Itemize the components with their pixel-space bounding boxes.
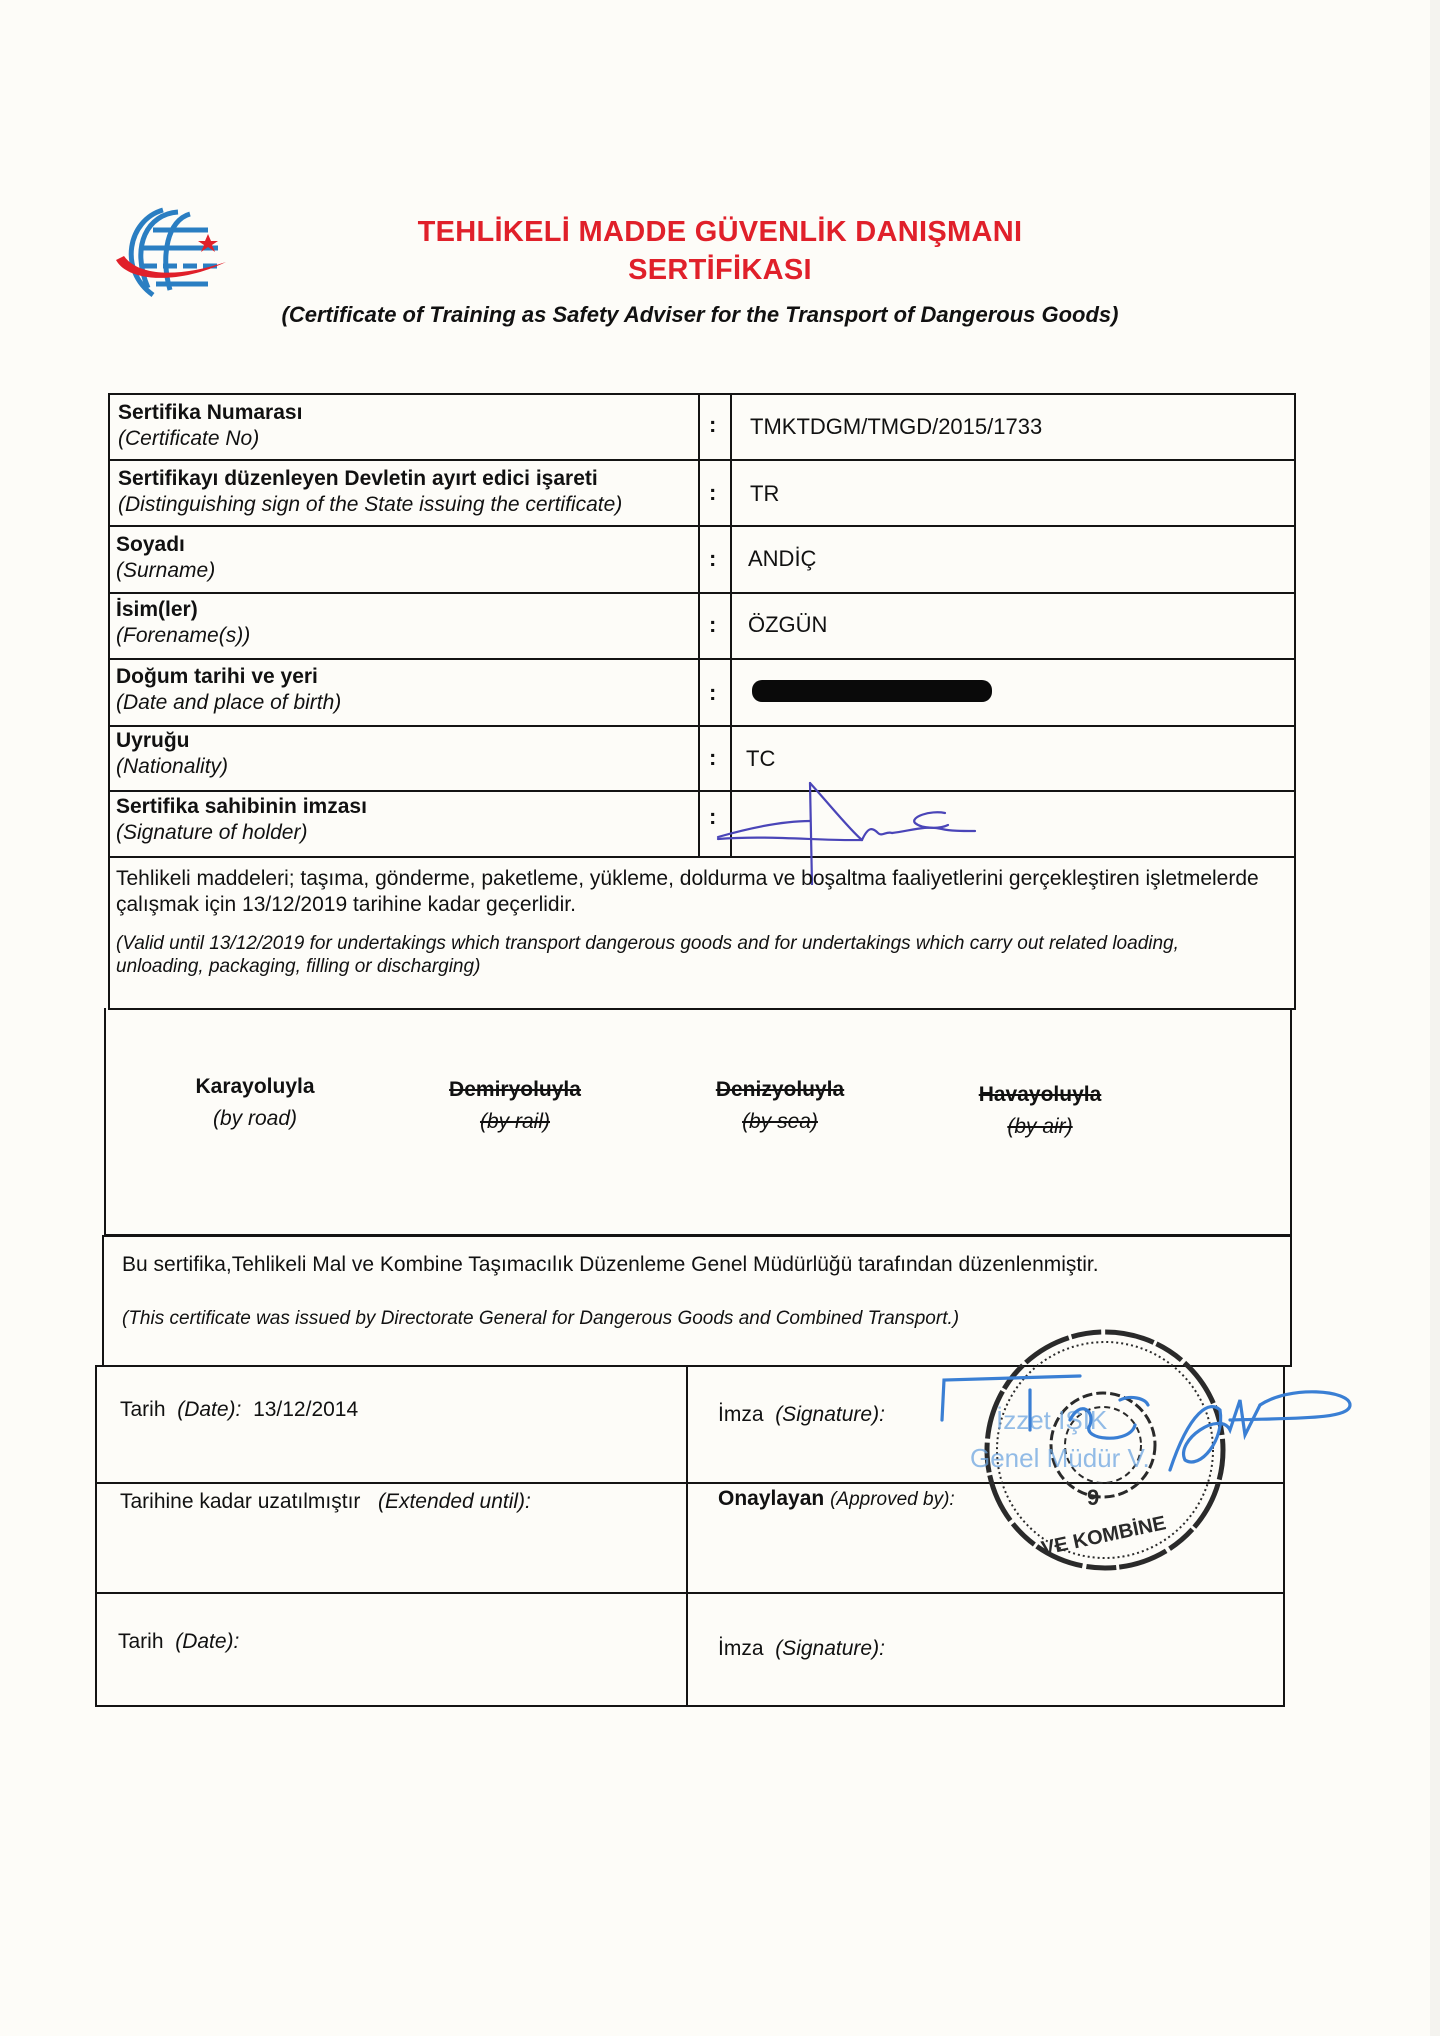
row-divider — [108, 459, 1296, 461]
field-nationality-label: Uyruğu(Nationality) — [116, 728, 228, 780]
mode-sea: Denizyoluyla(by sea) — [685, 1078, 875, 1134]
colon: : — [709, 680, 716, 706]
certificate-title: TEHLİKELİ MADDE GÜVENLİK DANIŞMANI — [300, 216, 1140, 249]
extension-date-label: Tarih (Date): — [118, 1630, 239, 1654]
svg-text:VE KOMBİNE: VE KOMBİNE — [1039, 1511, 1168, 1560]
approver-signature — [930, 1350, 1360, 1500]
surname-value: ANDİÇ — [748, 546, 816, 572]
extension-signature-label: İmza (Signature): — [718, 1637, 885, 1661]
certificate-title-line2: SERTİFİKASI — [300, 254, 1140, 287]
field-birth-label: Doğum tarihi ve yeri(Date and place of b… — [116, 664, 341, 716]
forename-value: ÖZGÜN — [748, 612, 827, 638]
colon: : — [709, 612, 716, 638]
validity-text-en: (Valid until 13/12/2019 for undertakings… — [116, 932, 1236, 978]
row-divider — [108, 658, 1296, 660]
redacted-birth-value — [752, 680, 992, 702]
field-surname-label: Soyadı(Surname) — [116, 532, 215, 584]
certificate-subtitle: (Certificate of Training as Safety Advis… — [200, 302, 1200, 328]
colon: : — [709, 412, 716, 438]
mode-road: Karayoluyla(by road) — [160, 1075, 350, 1131]
globe-logo-icon — [108, 200, 233, 300]
issue-date-value: 13/12/2014 — [253, 1398, 358, 1421]
row-divider — [108, 725, 1296, 727]
row-divider — [108, 525, 1296, 527]
validity-text: Tehlikeli maddeleri; taşıma, gönderme, p… — [116, 866, 1286, 918]
row-divider — [108, 592, 1296, 594]
certificate-no-value: TMKTDGM/TMGD/2015/1733 — [750, 414, 1042, 440]
approved-by-label: Onaylayan (Approved by): — [718, 1487, 955, 1511]
colon: : — [709, 480, 716, 506]
field-holder-signature-label: Sertifika sahibinin imzası(Signature of … — [116, 794, 367, 846]
mode-air: Havayoluyla(by air) — [945, 1083, 1135, 1139]
signature-label: İmza (Signature): — [718, 1403, 885, 1427]
mode-rail: Demiryoluyla(by rail) — [420, 1078, 610, 1134]
nationality-value: TC — [746, 746, 775, 772]
column-divider — [686, 1365, 688, 1707]
extended-until-label: Tarihine kadar uzatılmıştır (Extended un… — [120, 1490, 531, 1514]
row-divider — [95, 1592, 1285, 1594]
state-sign-value: TR — [750, 481, 779, 507]
field-certificate-no-label: Sertifika Numarası(Certificate No) — [118, 400, 302, 452]
field-forename-label: İsim(ler)(Forename(s)) — [116, 597, 250, 649]
colon: : — [709, 745, 716, 771]
colon: : — [709, 546, 716, 572]
issued-by-text: Bu sertifika,Tehlikeli Mal ve Kombine Ta… — [122, 1252, 1272, 1278]
row-divider — [102, 1235, 1292, 1237]
issue-date: Tarih (Date): 13/12/2014 — [120, 1398, 358, 1422]
page-edge — [1430, 0, 1440, 2036]
field-state-sign-label: Sertifikayı düzenleyen Devletin ayırt ed… — [118, 466, 622, 518]
